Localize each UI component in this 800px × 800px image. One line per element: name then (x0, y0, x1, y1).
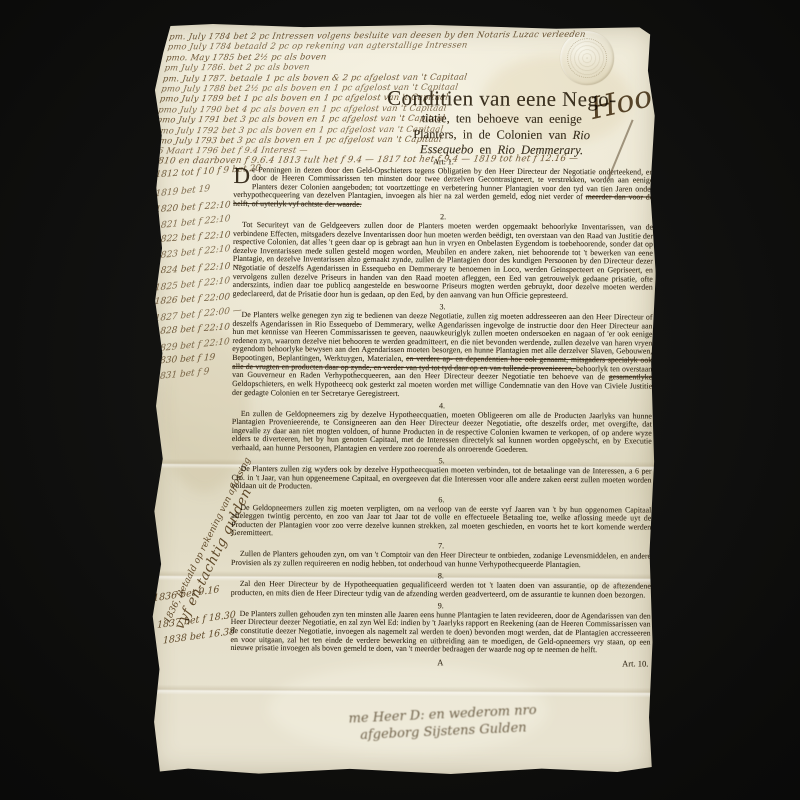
margin-payment: 1831 bet f 9 (154, 367, 210, 383)
margin-payment: 1819 bet 19 (155, 184, 210, 200)
margin-payment: 1821 bet f 22:10 (155, 214, 231, 232)
margin-payment-annotations: 1812 tot f 10 f 9 bet 20 1819 bet 19 182… (156, 22, 248, 23)
article-1-text: De Penningen in dezen door den Geld-Opsc… (233, 165, 653, 211)
article-5-text: De Planters zullen zig wyders ook by dez… (231, 465, 651, 493)
next-article-ref: Art. 10. (622, 658, 648, 668)
margin-payment: 1824 bet f 22:10 — (155, 261, 243, 277)
margin-payment: 1838 bet 16.38 (163, 626, 235, 647)
photo-background: Conditien van eene Nego- tiatie, ten beh… (0, 0, 800, 800)
catchword: A (437, 657, 443, 667)
margin-payment: 1825 bet f 22:10 (154, 276, 230, 294)
margin-payment: 1822 bet f 22:10 (155, 230, 231, 245)
article-3-text: De Planters welke genegen zyn zig te bed… (232, 311, 653, 400)
article-6-text: De Geldopneemers zullen zig moeten verpl… (231, 503, 651, 540)
article-4-text: En zullen de Geldopneemers zig by dezelv… (232, 410, 652, 456)
lower-payment-annotations: 1836 bet 9.16 1837 bet f 18.30 1838 bet … (152, 22, 657, 25)
margin-payment: 1820 bet f 22:10 (155, 200, 231, 215)
margin-payment: 1828 bet f 22:10 (154, 322, 230, 337)
margin-payment: 1823 bet f 22:10 (155, 244, 231, 262)
margin-payment: 1829 bet f 22:10 (154, 337, 230, 355)
margin-payment: 1826 bet f 22:00 (154, 292, 230, 307)
margin-payment: 1827 bet f 22:00 — (154, 305, 242, 324)
article-8-text: Zal den Heer Directeur by de Hypotheequa… (231, 580, 651, 600)
bottom-annotation: me Heer D: en wederom nro afgeborg Sijst… (317, 700, 568, 746)
article-7-text: Zullen de Planters gehouden zyn, om van … (231, 550, 651, 570)
article-2-text: Tot Securiteyt van de Geldgeevers zullen… (233, 221, 653, 301)
document-paper: Conditien van eene Nego- tiatie, ten beh… (148, 22, 658, 777)
page-footer-row: A Art. 10. (230, 656, 650, 675)
document-body: Art. 1. De Penningen in dezen door den G… (230, 153, 653, 674)
margin-payment: 1830 bet f 19 (154, 353, 216, 367)
fold-crease (148, 684, 653, 697)
header-payment-annotations: pm. July 1784 bet 2 pc Intressen volgens… (150, 28, 643, 166)
article-9-text: De Planters zullen gehouden zyn ten mins… (230, 610, 650, 656)
